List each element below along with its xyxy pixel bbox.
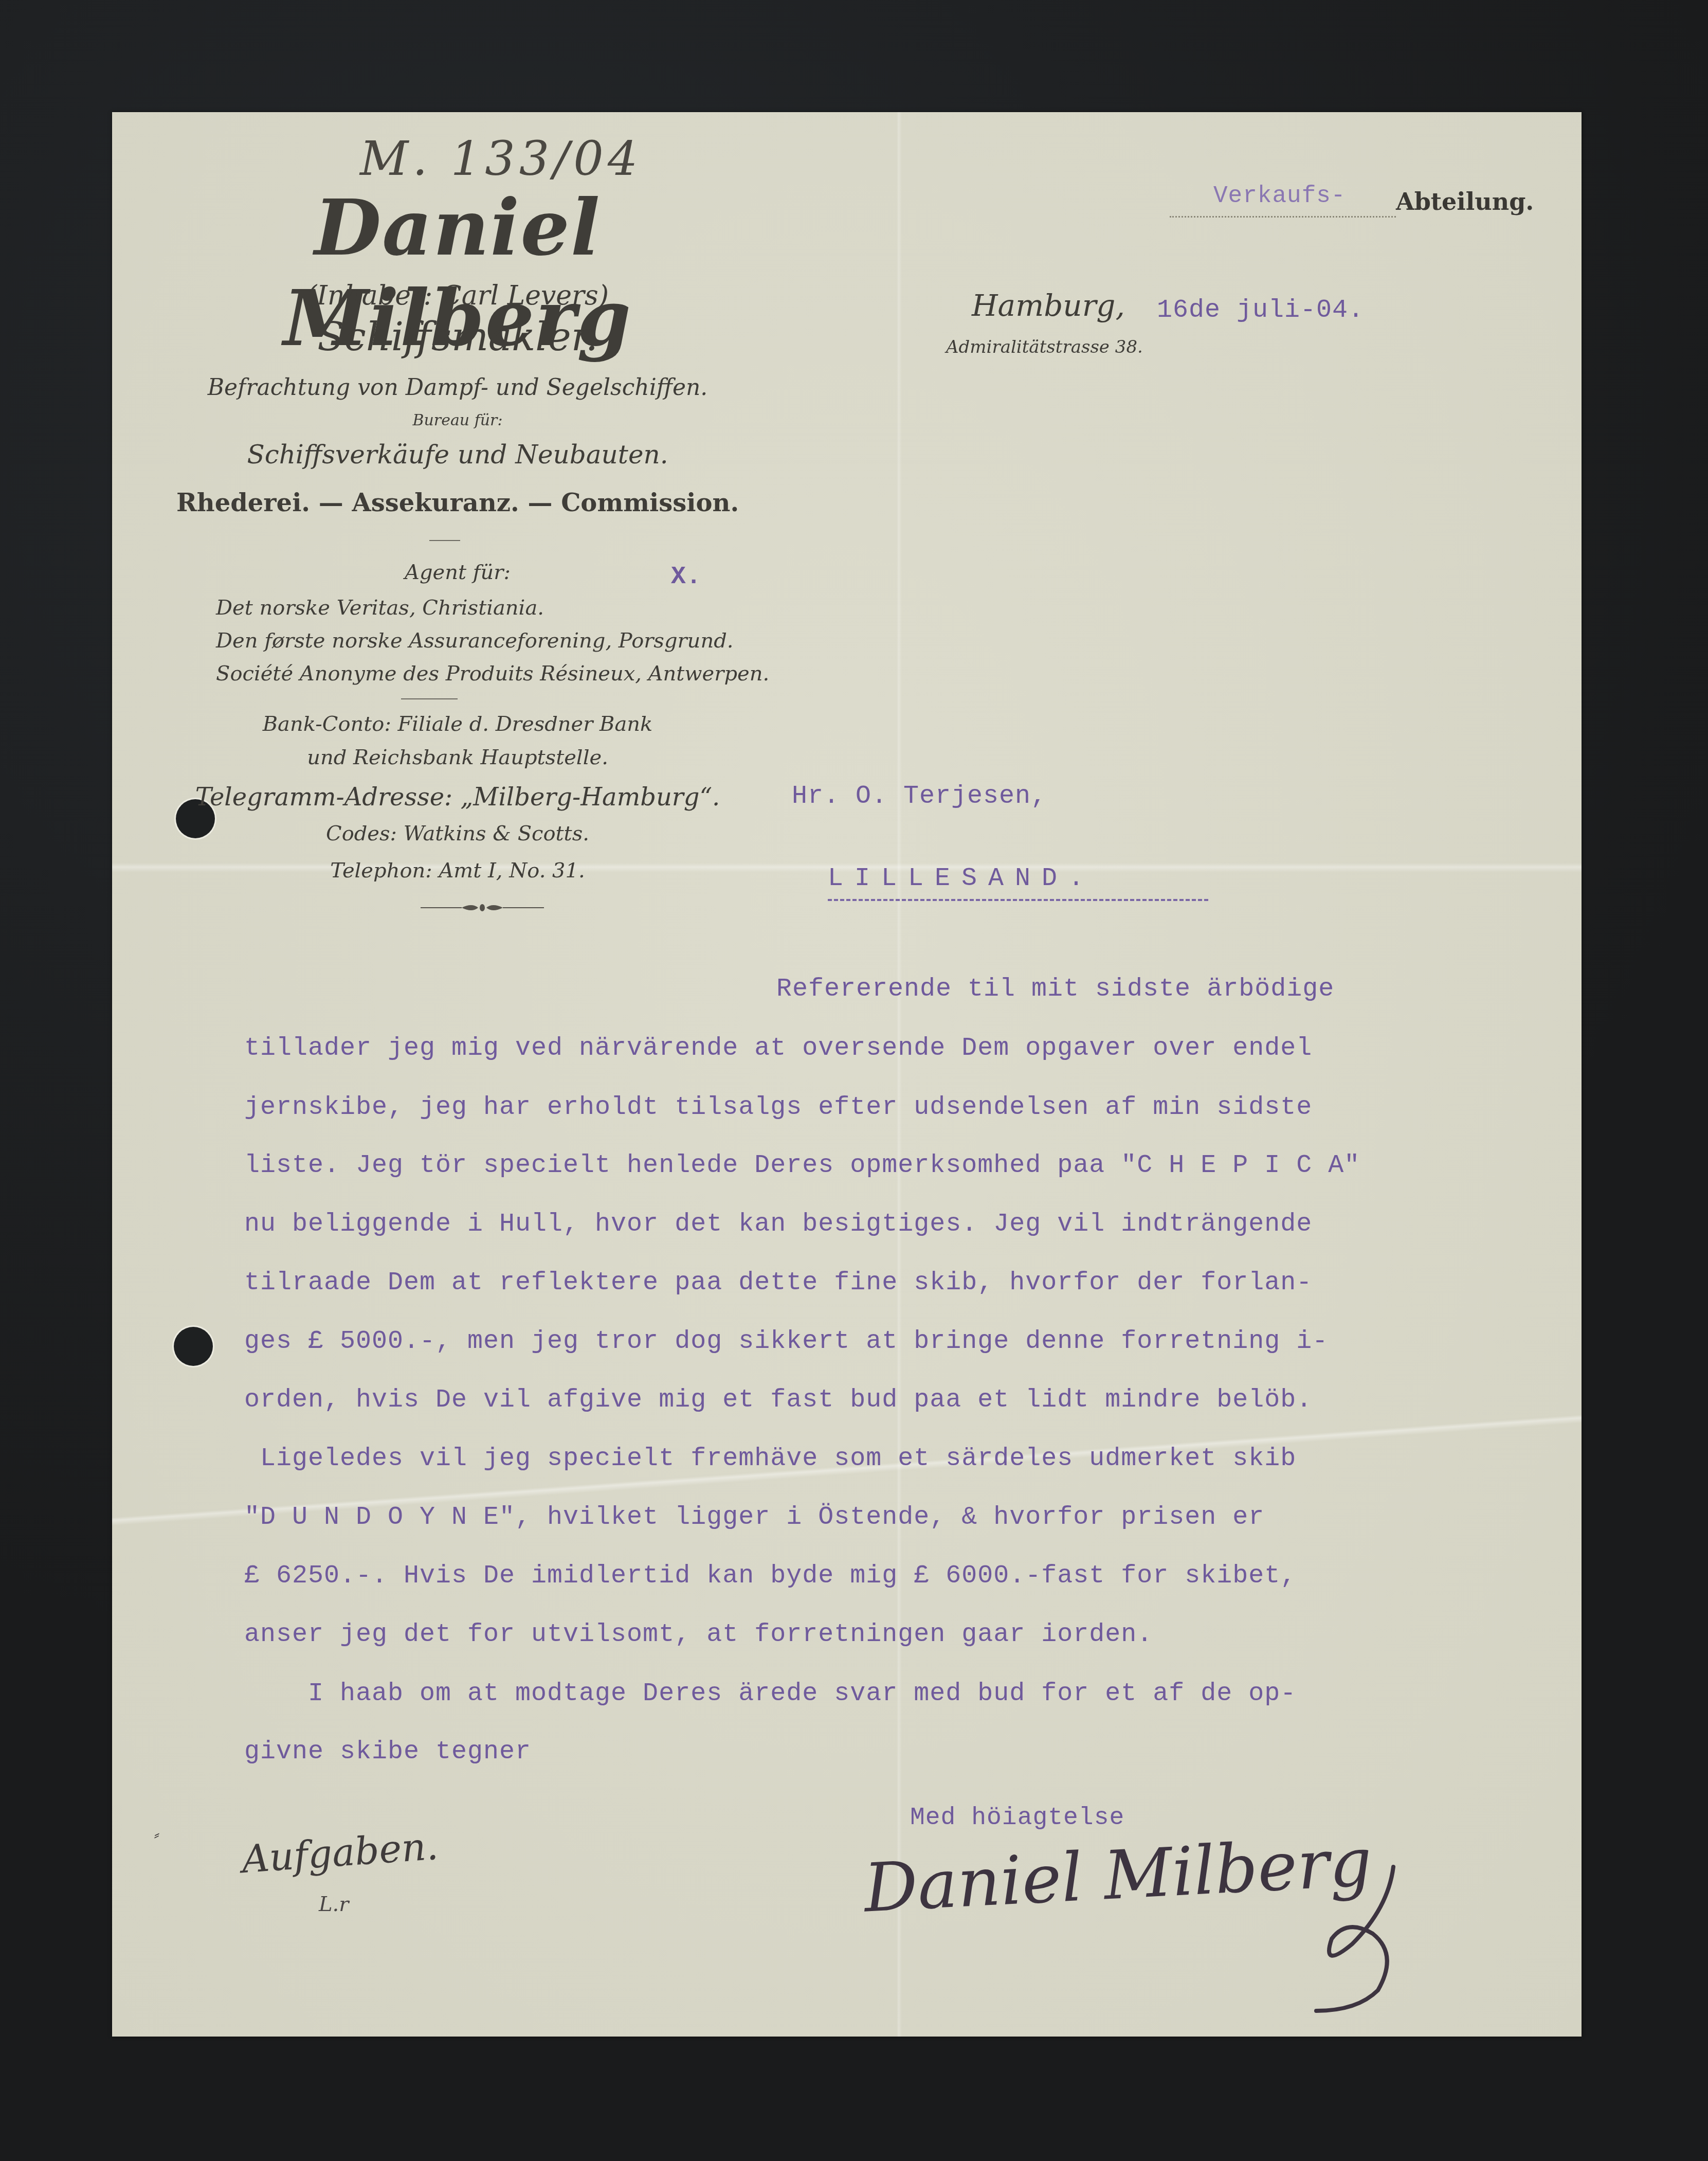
body-line: "D U N D O Y N E", hvilket ligger i Öste…	[244, 1503, 1264, 1532]
telegram-address: Telegramm-Adresse: „Milberg-Hamburg“.	[170, 783, 746, 812]
typed-mark: X.	[671, 563, 702, 591]
owner-line: (Inhaber: Carl Levers)	[170, 280, 746, 311]
street-address: Admiralitätstrasse 38.	[946, 337, 1143, 357]
date: 16de juli-04.	[1157, 296, 1364, 325]
reference-number: M. 133/04	[360, 131, 642, 186]
body-line: tillader jeg mig ved närvärende at overs…	[244, 1034, 1312, 1063]
divider	[401, 698, 458, 699]
recipient-name: Hr. O. Terjesen,	[792, 782, 1047, 811]
place: Hamburg,	[972, 288, 1125, 323]
body-line: jernskibe, jeg har erholdt tilsalgs efte…	[244, 1093, 1312, 1122]
services-line: Befrachtung von Dampf- und Segelschiffen…	[170, 374, 746, 401]
bureau-services: Schiffsverkäufe und Neubauten.	[170, 440, 746, 470]
margin-mark: ⸗	[154, 1826, 159, 1844]
body-line: £ 6250.-. Hvis De imidlertid kan byde mi…	[244, 1561, 1296, 1591]
department-dotted-line	[1170, 216, 1396, 218]
body-line: tilraade Dem at reflektere paa dette fin…	[244, 1268, 1312, 1298]
bank-account-line: und Reichsbank Hauptstelle.	[170, 746, 746, 769]
agency-item: Det norske Veritas, Christiania.	[216, 591, 782, 624]
trade-title: Schiffsmakler.	[170, 314, 746, 359]
business-lines: Rhederei. — Assekuranz. — Commission.	[170, 489, 746, 517]
ornament-divider-icon	[421, 903, 544, 913]
bureau-label: Bureau für:	[170, 411, 746, 429]
department-printed: Abteilung.	[1396, 188, 1534, 215]
signature-flourish-icon	[1234, 1862, 1419, 2016]
recipient-city: LILLESAND.	[828, 864, 1095, 893]
codes-line: Codes: Watkins & Scotts.	[170, 822, 746, 845]
closing: Med höiagtelse	[910, 1804, 1124, 1832]
handwritten-initials: L.r	[319, 1893, 349, 1916]
body-line: Ligeledes vil jeg specielt fremhäve som …	[244, 1444, 1296, 1473]
body-line: givne skibe tegner	[244, 1737, 531, 1767]
agency-item: Société Anonyme des Produits Résineux, A…	[216, 657, 782, 690]
divider	[429, 540, 460, 541]
body-line: I haab om at modtage Deres ärede svar me…	[244, 1679, 1296, 1708]
agent-label: Agent für:	[170, 561, 746, 584]
telephone-line: Telephon: Amt I, No. 31.	[170, 859, 746, 883]
body-line: anser jeg det for utvilsomt, at forretni…	[244, 1620, 1153, 1649]
punch-hole	[174, 1327, 213, 1366]
body-line: ges £ 5000.-, men jeg tror dog sikkert a…	[244, 1327, 1328, 1356]
body-line: nu beliggende i Hull, hvor det kan besig…	[244, 1210, 1312, 1239]
agency-item: Den første norske Assuranceforening, Por…	[216, 624, 782, 657]
agency-list: Det norske Veritas, Christiania. Den før…	[216, 591, 782, 690]
body-line: liste. Jeg tör specielt henlede Deres op…	[244, 1151, 1360, 1180]
department-typed: Verkaufs-	[1213, 183, 1346, 209]
bank-account-line: Bank-Conto: Filiale d. Dresdner Bank	[170, 712, 746, 736]
body-line: Refererende til mit sidste ärbödige	[776, 975, 1334, 1004]
recipient-underline	[828, 899, 1208, 901]
body-line: orden, hvis De vil afgive mig et fast bu…	[244, 1385, 1312, 1415]
